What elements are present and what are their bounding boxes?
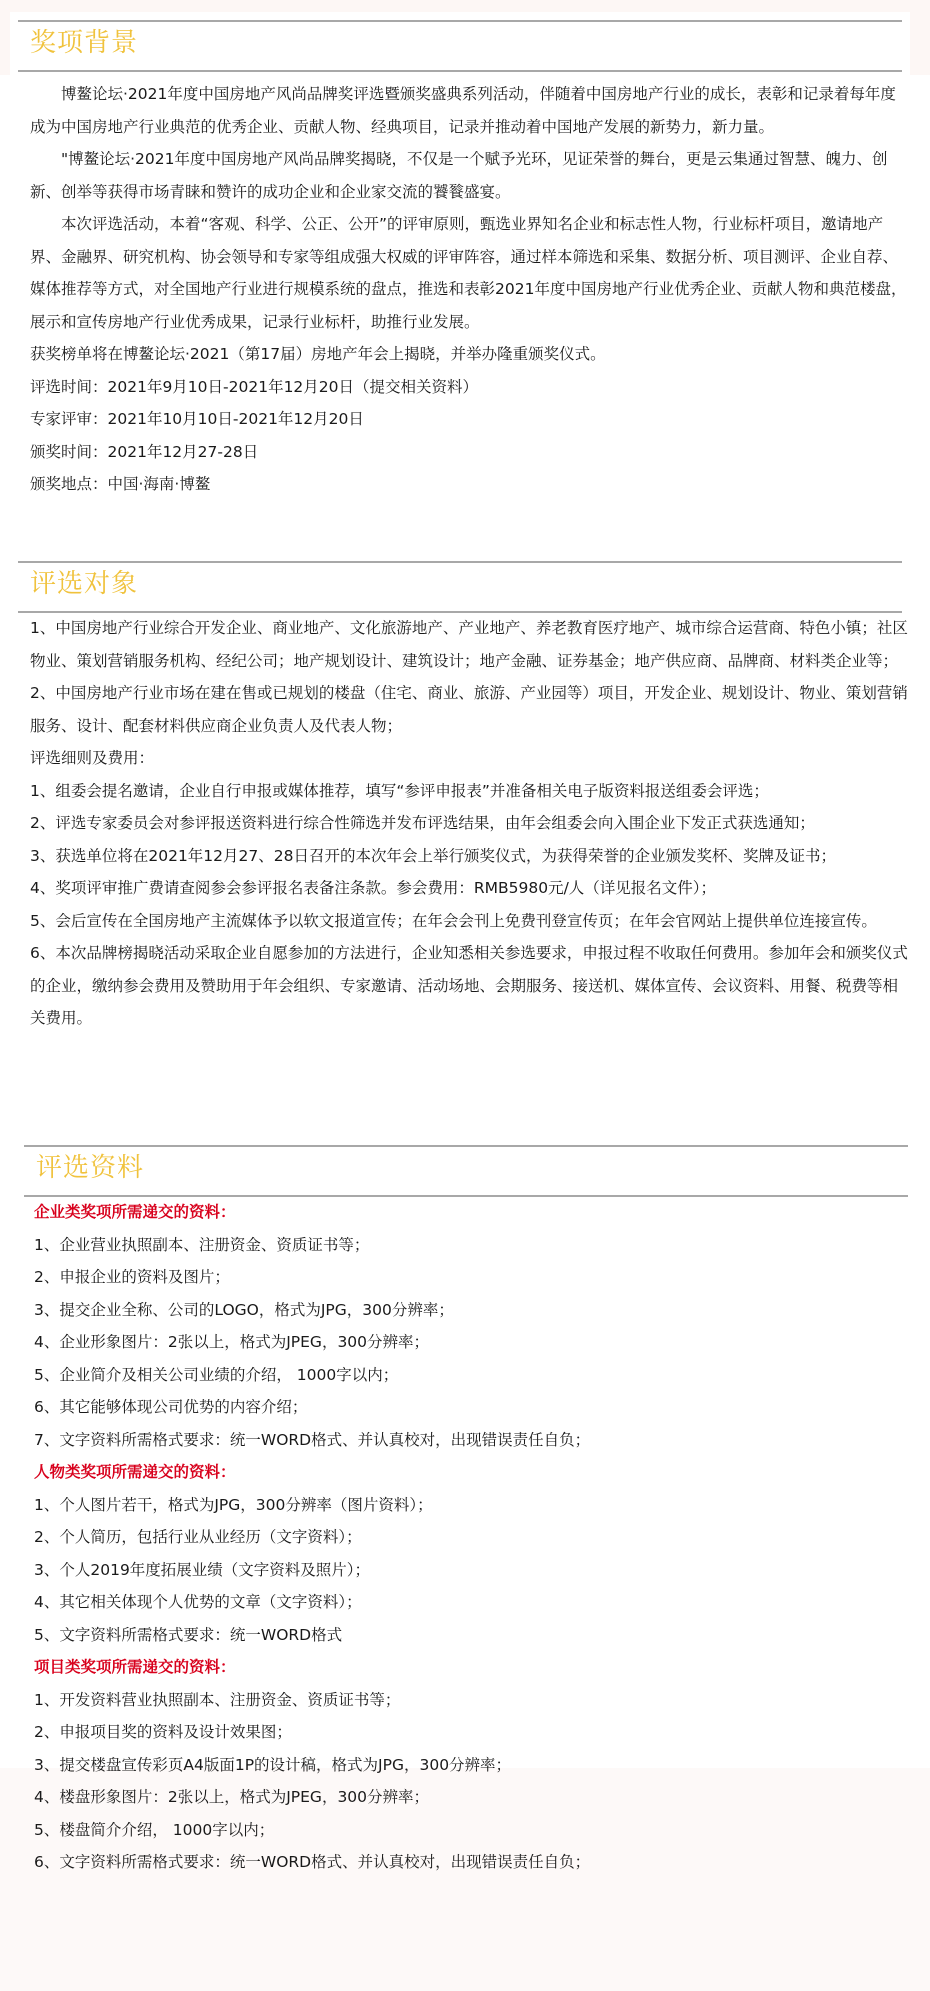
target-item: 1、中国房地产行业综合开发企业、商业地产、文化旅游地产、产业地产、养老教育医疗地… (30, 612, 910, 677)
rule-item: 4、奖项评审推广费请查阅参会参评报名表备注条款。参会费用：RMB5980元/人（… (30, 872, 910, 905)
material-item: 5、文字资料所需格式要求：统一WORD格式 (34, 1619, 914, 1652)
target-item: 2、中国房地产行业市场在建在售或已规划的楼盘（住宅、商业、旅游、产业园等）项目，… (30, 677, 910, 742)
rule-item: 1、组委会提名邀请，企业自行申报或媒体推荐，填写“参评申报表”并准备相关电子版资… (30, 775, 910, 808)
header-rule-top (18, 561, 902, 563)
material-item: 2、申报企业的资料及图片； (34, 1261, 914, 1294)
rule-item: 6、本次品牌榜揭晓活动采取企业自愿参加的方法进行，企业知悉相关参选要求，申报过程… (30, 937, 910, 1035)
section-header-targets: 评选对象 (10, 553, 910, 621)
background-body: 博鳌论坛·2021年度中国房地产风尚品牌奖评选暨颁奖盛典系列活动，伴随着中国房地… (30, 78, 910, 501)
background-paragraph: 本次评选活动，本着“客观、科学、公正、公开”的评审原则，甄选业界知名企业和标志性… (30, 208, 910, 338)
targets-body: 1、中国房地产行业综合开发企业、商业地产、文化旅游地产、产业地产、养老教育医疗地… (30, 612, 910, 1035)
material-item: 3、提交企业全称、公司的LOGO，格式为JPG，300分辨率； (34, 1294, 914, 1327)
material-item: 4、楼盘形象图片：2张以上，格式为JPEG，300分辨率； (34, 1781, 914, 1814)
section-title-targets: 评选对象 (30, 567, 138, 601)
materials-body: 企业类奖项所需递交的资料： 1、企业营业执照副本、注册资金、资质证书等； 2、申… (34, 1196, 914, 1879)
material-item: 6、其它能够体现公司优势的内容介绍； (34, 1391, 914, 1424)
material-item: 7、文字资料所需格式要求：统一WORD格式、并认真校对，出现错误责任自负； (34, 1424, 914, 1457)
material-item: 3、提交楼盘宣传彩页A4版面1P的设计稿，格式为JPG，300分辨率； (34, 1749, 914, 1782)
material-item: 4、其它相关体现个人优势的文章（文字资料）； (34, 1586, 914, 1619)
material-item: 3、个人2019年度拓展业绩（文字资料及照片）； (34, 1554, 914, 1587)
schedule-item: 评选时间：2021年9月10日-2021年12月20日（提交相关资料） (30, 371, 910, 404)
material-item: 1、企业营业执照副本、注册资金、资质证书等； (34, 1229, 914, 1262)
rules-title: 评选细则及费用： (30, 742, 910, 775)
material-item: 4、企业形象图片：2张以上，格式为JPEG，300分辨率； (34, 1326, 914, 1359)
material-item: 2、个人简历，包括行业从业经历（文字资料）； (34, 1521, 914, 1554)
section-title-background: 奖项背景 (30, 26, 138, 60)
header-rule-top (24, 1145, 908, 1147)
material-item: 5、企业简介及相关公司业绩的介绍， 1000字以内； (34, 1359, 914, 1392)
section-header-background: 奖项背景 (10, 12, 910, 80)
header-rule-top (18, 20, 902, 22)
material-group-heading: 人物类奖项所需递交的资料： (34, 1456, 914, 1489)
background-paragraph: "博鳌论坛·2021年度中国房地产风尚品牌奖揭晓，不仅是一个赋予光环，见证荣誉的… (30, 143, 910, 208)
material-item: 2、申报项目奖的资料及设计效果图； (34, 1716, 914, 1749)
background-paragraph: 博鳌论坛·2021年度中国房地产风尚品牌奖评选暨颁奖盛典系列活动，伴随着中国房地… (30, 78, 910, 143)
schedule-item: 颁奖地点：中国·海南·博鳌 (30, 468, 910, 501)
material-item: 6、文字资料所需格式要求：统一WORD格式、并认真校对，出现错误责任自负； (34, 1846, 914, 1879)
material-item: 1、开发资料营业执照副本、注册资金、资质证书等； (34, 1684, 914, 1717)
section-title-materials: 评选资料 (36, 1151, 144, 1185)
material-group-heading: 企业类奖项所需递交的资料： (34, 1196, 914, 1229)
material-group-heading: 项目类奖项所需递交的资料： (34, 1651, 914, 1684)
material-item: 5、楼盘简介介绍， 1000字以内； (34, 1814, 914, 1847)
header-rule-bottom (18, 70, 902, 72)
section-header-materials: 评选资料 (16, 1137, 916, 1205)
schedule-item: 颁奖时间：2021年12月27-28日 (30, 436, 910, 469)
rule-item: 5、会后宣传在全国房地产主流媒体予以软文报道宣传；在年会会刊上免费刊登宣传页；在… (30, 905, 910, 938)
schedule-item: 专家评审：2021年10月10日-2021年12月20日 (30, 403, 910, 436)
rule-item: 3、获选单位将在2021年12月27、28日召开的本次年会上举行颁奖仪式，为获得… (30, 840, 910, 873)
rule-item: 2、评选专家委员会对参评报送资料进行综合性筛选并发布评选结果，由年会组委会向入围… (30, 807, 910, 840)
material-item: 1、个人图片若干，格式为JPG，300分辨率（图片资料）； (34, 1489, 914, 1522)
announcement-text: 获奖榜单将在博鳌论坛·2021（第17届）房地产年会上揭晓，并举办隆重颁奖仪式。 (30, 338, 910, 371)
